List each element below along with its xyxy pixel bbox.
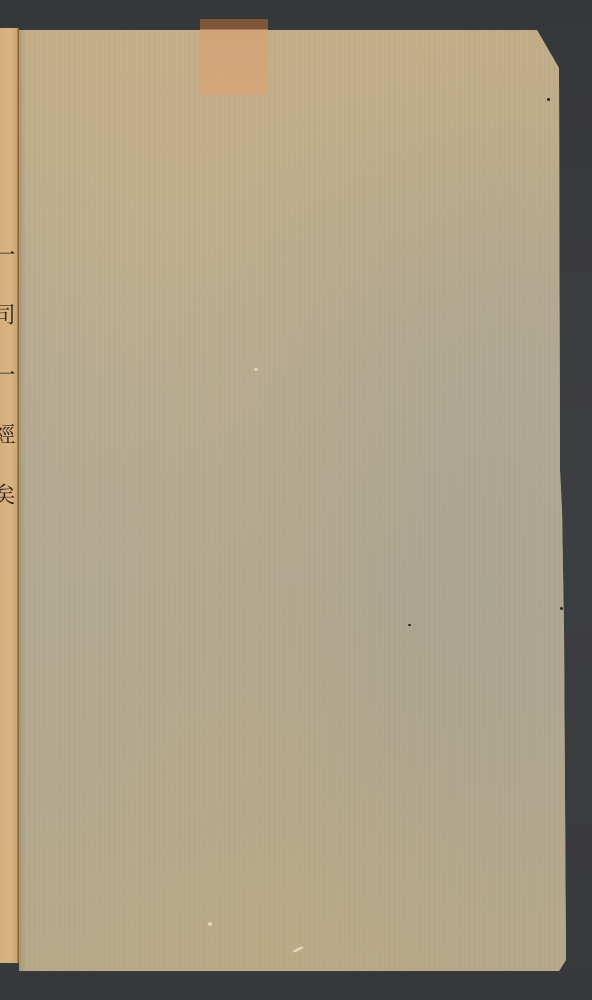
paper-speck <box>547 98 550 101</box>
partial-characters: 一司一經矣 <box>0 243 13 543</box>
page-inner-shadow <box>19 30 25 971</box>
blank-page <box>19 30 566 971</box>
paper-speck <box>408 624 411 626</box>
paper-speck <box>254 368 258 371</box>
paper-speck <box>208 922 212 926</box>
paper-speck <box>560 607 563 610</box>
book-scan: 一司一經矣 <box>0 0 592 1000</box>
previous-page-edge: 一司一經矣 <box>0 28 18 963</box>
paper-tab-label <box>200 19 268 95</box>
